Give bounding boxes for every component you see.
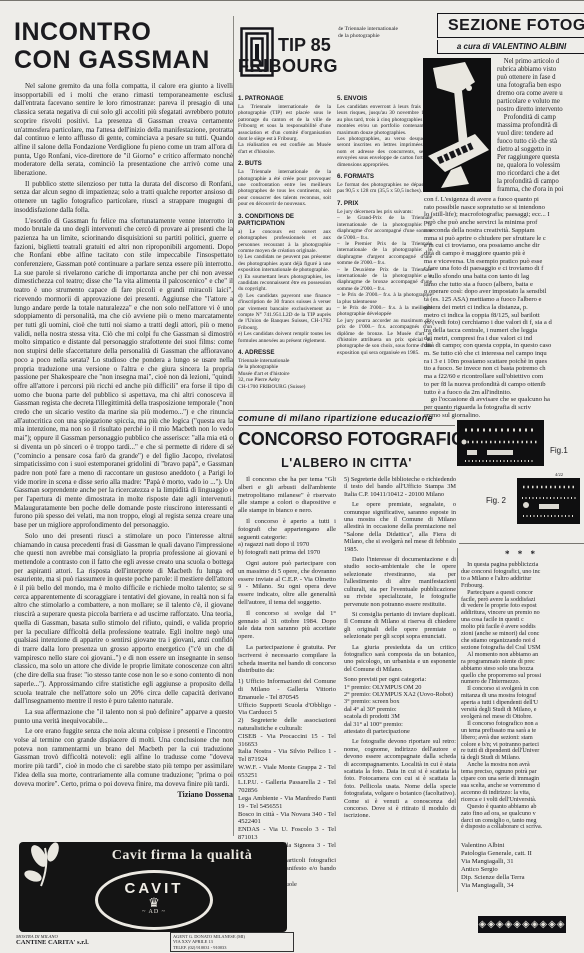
concorso-paragraph: 5) Segreterie delle biblioteche o richie… [344, 476, 456, 498]
concorso-banner: comune di milano ripartizione educazione [238, 413, 455, 423]
tip-column-left: 1. PATRONAGE La Triennale internationale… [238, 90, 331, 410]
ornament-strip: ◈◈◈◈◈◈◈◈◈◈ [478, 916, 566, 933]
tip-section-heading: 3. CONDITIONS DE PARTICIPATION [238, 213, 331, 227]
tip-section-heading: 2. BUTS [238, 160, 331, 167]
top-rule [0, 0, 584, 1]
cavit-footer-company: CANTINE CARITA' s.r.l. [16, 939, 166, 946]
cavit-slogan: Cavit firma la qualità [81, 848, 283, 864]
concorso-paragraph: La giuria presieduta da un critico fotog… [344, 644, 456, 674]
article-gassman: INCONTRO CON GASSMAN Nel salone gremito … [14, 18, 233, 799]
tip-section-body: Les candidats enverront à leurs frais et… [337, 104, 432, 168]
sezione-contacts: Valentino Albini Patologia Generale, cat… [461, 842, 584, 890]
tip-section-body: La Triennale internationale de la photog… [238, 169, 331, 207]
tip-section-heading: 6. FORMATS [337, 173, 432, 180]
leaf-ornament-icon [21, 842, 77, 899]
article-paragraph: Solo uno dei presenti riuscì a stimolare… [14, 532, 233, 706]
tip-section-body: La Triennale internationale de la photog… [238, 104, 331, 155]
cavit-footer-address: AGENT G. DONATO MILANESE (MI) VIA XXV AP… [170, 932, 294, 952]
sezione-title: SEZIONE FOTOGRAFICA [448, 17, 584, 34]
enlarger-photo [423, 58, 491, 192]
fig2-lens-photo [517, 478, 580, 524]
cavit-logo: CAVIT ♛ ~ AD ~ [95, 870, 213, 930]
sezione-curator: a cura di VALENTINO ALBINI [437, 40, 584, 54]
fig1-label: Fig.1 [550, 446, 568, 455]
fig1-lens-photo [457, 420, 544, 466]
fig2-note: 4/22 [555, 472, 563, 477]
sezione-title-box: SEZIONE FOTOGRAFICA [437, 13, 584, 38]
concorso-paragraph: Dato l'interesse di documentazione e di … [344, 556, 456, 608]
tip-section-body: Le jury décernera les prix suivants: – l… [337, 209, 432, 356]
right-column-divider [457, 548, 458, 892]
column-divider [233, 16, 234, 836]
article-byline: Tiziano Dossena [14, 790, 233, 799]
article-paragraph: L'esordio di Gassman fu felice ma sfortu… [14, 217, 233, 530]
tip-section-heading: 5. ENVOIS [337, 95, 432, 102]
cavit-ribbon: ~ AD ~ [98, 909, 210, 915]
concorso-paragraph: Si consiglia pertanto di inviare duplica… [344, 611, 456, 641]
tip-section-body: a) Le concours est ouvert aux photograph… [238, 229, 331, 344]
concorso-paragraph: Il concorso che ha per tema "Gli alberi … [238, 476, 336, 515]
concorso-title: CONCORSO FOTOGRAFICO [238, 429, 458, 450]
article-paragraph: Nel salone gremito da una folla compatta… [14, 82, 233, 178]
article-paragraph: La sua affermazione che "il talento non … [14, 708, 233, 725]
tip-section-body: Triennale internationale de la photograp… [238, 358, 331, 390]
concorso-paragraph: Il concorso è aperto a tutti i fotografi… [238, 518, 336, 557]
concorso-column-2: 5) Segreterie delle biblioteche o richie… [344, 476, 456, 950]
cavit-footer-left: MOSTRA DI MILANO CANTINE CARITA' s.r.l. [16, 934, 166, 946]
article-paragraph: Le ore erano fuggite senza che noia alcu… [14, 727, 233, 788]
tip-section-body: Le format des photographies ne dépassera… [337, 182, 432, 195]
crown-icon: ♛ [98, 897, 210, 909]
sezione-intro-text: Nel primo articolo d rubrica abbiamo vis… [497, 58, 584, 194]
fig2-label: Fig. 2 [486, 496, 506, 505]
sezione-divider [459, 543, 584, 544]
concorso-paragraph: Il concorso si svolge dal 1° gennaio al … [238, 610, 336, 641]
banner-rule-top [238, 410, 455, 411]
tip-logo-bottom: FRIBOURG [238, 57, 338, 75]
concorso-prizes-list: Sono previsti per ogni categoria: 1° pre… [344, 676, 456, 735]
sezione-body-text: con f. L'esigenza di avere a fuoco quant… [424, 196, 584, 419]
tip-section-heading: 1. PATRONAGE [238, 95, 331, 102]
tip-note: 4e Triennale internationale de la photog… [338, 26, 432, 40]
concorso-subtitle: L'ALBERO IN CITTA' [238, 456, 455, 470]
cavit-ad: Cavit firma la qualità CAVIT ♛ ~ AD ~ [19, 842, 287, 932]
concorso-paragraph: Le opere premiate, segnalate, o comunque… [344, 501, 456, 553]
concorso-paragraph: Le fotografie devono riportare sul retro… [344, 738, 456, 819]
tip-section-heading: 7. PRIX [337, 200, 432, 207]
tip-logo-top: TIP 85 [278, 36, 331, 54]
concorso-paragraph: Ogni autore può partecipare con un massi… [238, 560, 336, 607]
section-break-stars: * * * [459, 549, 584, 559]
tip-column-right: 5. ENVOIS Les candidats enverront à leur… [337, 90, 432, 410]
newspaper-page: INCONTRO CON GASSMAN Nel salone gremito … [0, 0, 584, 953]
sezione-bottom-text: In questa pagina pubblicizzia due concor… [461, 562, 584, 831]
article-body: Nel salone gremito da una folla compatta… [14, 82, 233, 788]
banner-rule-bottom [238, 425, 455, 426]
article-title: INCONTRO CON GASSMAN [14, 18, 233, 74]
tip-section-heading: 4. ADRESSE [238, 349, 331, 356]
concorso-paragraph: La partecipazione è gratuita. Per iscriv… [238, 644, 336, 675]
article-paragraph: Il pubblico stette silenzioso per tutta … [14, 180, 233, 215]
